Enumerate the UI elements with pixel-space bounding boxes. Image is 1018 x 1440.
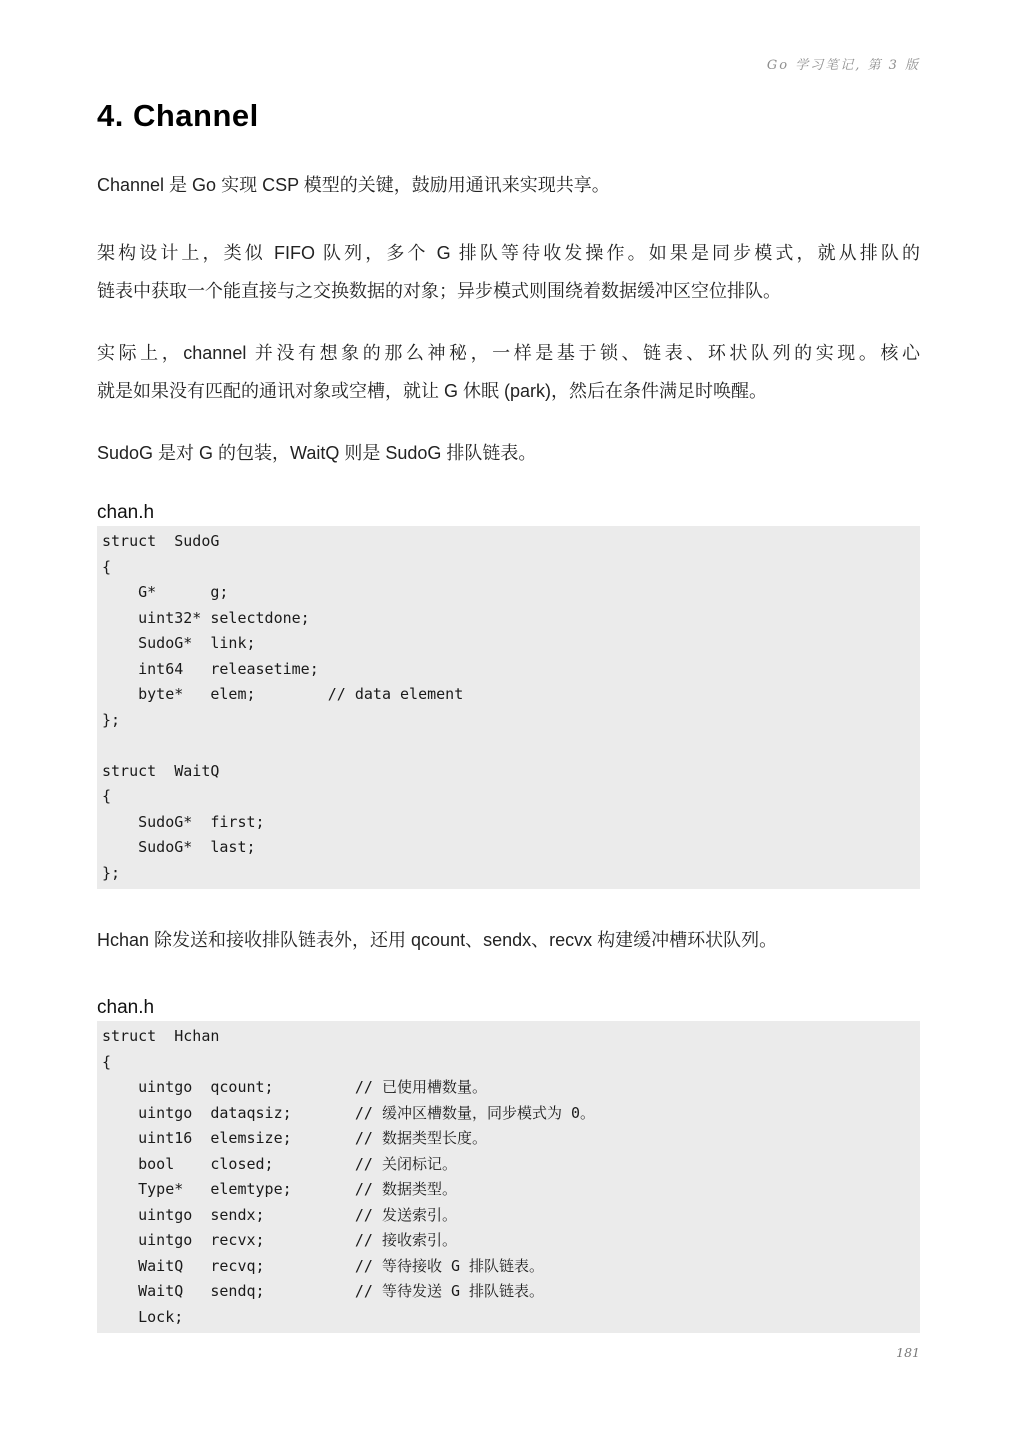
code-block-hchan: struct Hchan { uintgo qcount; // 已使用槽数量。… [97, 1021, 920, 1333]
paragraph-sudog: SudoG 是对 G 的包装，WaitQ 则是 SudoG 排队链表。 [97, 434, 920, 472]
paragraph-implementation: 实际上，channel 并没有想象的那么神秘，一样是基于锁、链表、环状队列的实现… [97, 334, 920, 410]
paragraph-line: 链表中获取一个能直接与之交换数据的对象；异步模式则围绕着数据缓冲区空位排队。 [97, 272, 920, 310]
paragraph-hchan: Hchan 除发送和接收排队链表外，还用 qcount、sendx、recvx … [97, 921, 920, 959]
paragraph-line: 架构设计上，类似 FIFO 队列，多个 G 排队等待收发操作。如果是同步模式，就… [97, 234, 920, 272]
code-filename-label: chan.h [97, 995, 920, 1021]
page-number: 181 [97, 1345, 920, 1360]
chapter-title: 4. Channel [97, 96, 920, 136]
paragraph-architecture: 架构设计上，类似 FIFO 队列，多个 G 排队等待收发操作。如果是同步模式，就… [97, 234, 920, 310]
paragraph-intro: Channel 是 Go 实现 CSP 模型的关键，鼓励用通讯来实现共享。 [97, 166, 920, 204]
code-block-sudog-waitq: struct SudoG { G* g; uint32* selectdone;… [97, 526, 920, 889]
paragraph-line: 就是如果没有匹配的通讯对象或空槽，就让 G 休眠 (park)，然后在条件满足时… [97, 372, 920, 410]
paragraph-line: 实际上，channel 并没有想象的那么神秘，一样是基于锁、链表、环状队列的实现… [97, 334, 920, 372]
running-header-book-title: Go 学习笔记, 第 3 版 [97, 58, 920, 74]
document-page: Go 学习笔记, 第 3 版 4. Channel Channel 是 Go 实… [0, 0, 1018, 1440]
code-filename-label: chan.h [97, 500, 920, 526]
